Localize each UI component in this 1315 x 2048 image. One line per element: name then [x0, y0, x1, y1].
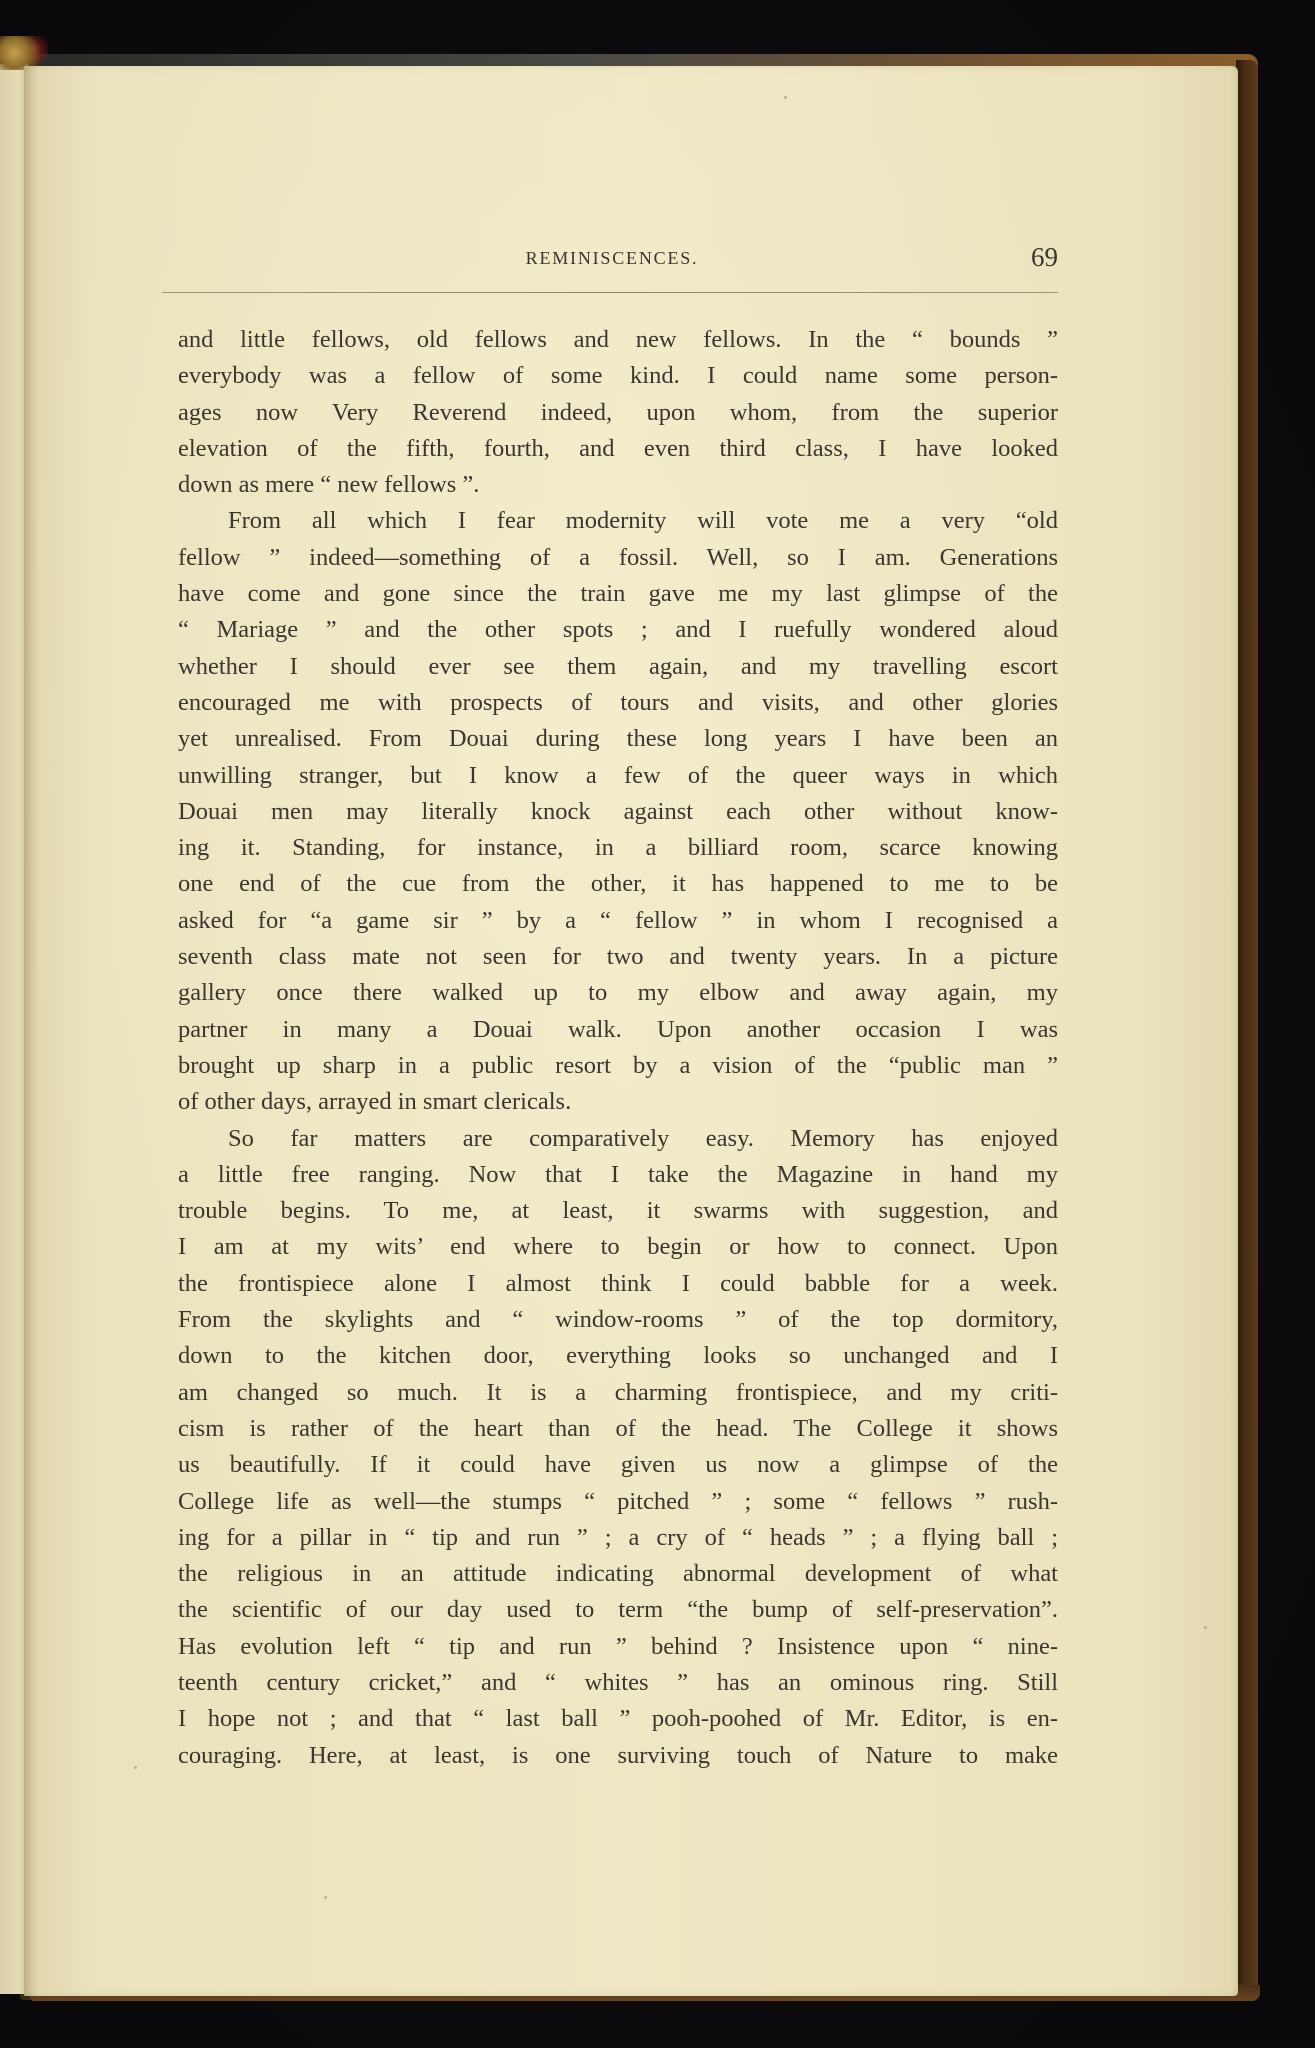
text-line: yet unrealised. From Douai during these …	[178, 721, 1058, 757]
gutter-shadow	[24, 66, 38, 1996]
paper-speck	[784, 96, 787, 99]
text-line: gallery once there walked up to my elbow…	[178, 975, 1058, 1011]
text-line: So far matters are comparatively easy. M…	[178, 1121, 1058, 1157]
text-line: Douai men may literally knock against ea…	[178, 794, 1058, 830]
body-text: and little fellows, old fellows and new …	[178, 322, 1058, 1774]
text-line: whether I should ever see them again, an…	[178, 649, 1058, 685]
text-line: unwilling stranger, but I know a few of …	[178, 758, 1058, 794]
text-line: ing it. Standing, for instance, in a bil…	[178, 830, 1058, 866]
text-line: partner in many a Douai walk. Upon anoth…	[178, 1012, 1058, 1048]
text-line: the scientific of our day used to term “…	[178, 1592, 1058, 1628]
text-line: seventh class mate not seen for two and …	[178, 939, 1058, 975]
text-line: us beautifully. If it could have given u…	[178, 1447, 1058, 1483]
book-cover-right-edge	[1236, 60, 1258, 2000]
text-line: one end of the cue from the other, it ha…	[178, 866, 1058, 902]
page-number: 69	[1031, 242, 1058, 273]
paragraph: So far matters are comparatively easy. M…	[178, 1121, 1058, 1774]
text-line: couraging. Here, at least, is one surviv…	[178, 1738, 1058, 1774]
text-line: the religious in an attitude indicating …	[178, 1556, 1058, 1592]
text-line: asked for “a game sir ” by a “ fellow ” …	[178, 903, 1058, 939]
text-line: a little free ranging. Now that I take t…	[178, 1157, 1058, 1193]
text-line: am changed so much. It is a charming fro…	[178, 1375, 1058, 1411]
text-line: brought up sharp in a public resort by a…	[178, 1048, 1058, 1084]
text-line: elevation of the fifth, fourth, and even…	[178, 431, 1058, 467]
text-line: ing for a pillar in “ tip and run ” ; a …	[178, 1520, 1058, 1556]
text-line: ages now Very Reverend indeed, upon whom…	[178, 395, 1058, 431]
paragraph: and little fellows, old fellows and new …	[178, 322, 1058, 503]
paragraph: From all which I fear modernity will vot…	[178, 503, 1058, 1120]
text-line: “ Mariage ” and the other spots ; and I …	[178, 612, 1058, 648]
text-line: teenth century cricket,” and “ whites ” …	[178, 1665, 1058, 1701]
text-line: From all which I fear modernity will vot…	[178, 503, 1058, 539]
text-line: of other days, arrayed in smart clerical…	[178, 1084, 1058, 1120]
text-line: From the skylights and “ window-rooms ” …	[178, 1302, 1058, 1338]
text-line: the frontispiece alone I almost think I …	[178, 1266, 1058, 1302]
text-line: and little fellows, old fellows and new …	[178, 322, 1058, 358]
text-line: I am at my wits’ end where to begin or h…	[178, 1229, 1058, 1265]
text-line: trouble begins. To me, at least, it swar…	[178, 1193, 1058, 1229]
text-line: I hope not ; and that “ last ball ” pooh…	[178, 1701, 1058, 1737]
text-line: down as mere “ new fellows ”.	[178, 467, 1058, 503]
text-line: fellow ” indeed—something of a fossil. W…	[178, 540, 1058, 576]
text-line: everybody was a fellow of some kind. I c…	[178, 358, 1058, 394]
text-line: Has evolution left “ tip and run ” behin…	[178, 1629, 1058, 1665]
frayed-thread	[0, 36, 48, 70]
book-scan: REMINISCENCES. 69 and little fellows, ol…	[0, 0, 1315, 2048]
paper-speck	[1204, 1626, 1207, 1629]
text-line: College life as well—the stumps “ pitche…	[178, 1484, 1058, 1520]
paper-speck	[134, 1766, 137, 1769]
running-head: REMINISCENCES. 69	[162, 242, 1062, 282]
text-line: encouraged me with prospects of tours an…	[178, 685, 1058, 721]
text-line: have come and gone since the train gave …	[178, 576, 1058, 612]
paper-speck	[324, 1896, 327, 1899]
header-rule	[162, 292, 1058, 293]
text-line: cism is rather of the heart than of the …	[178, 1411, 1058, 1447]
text-line: down to the kitchen door, everything loo…	[178, 1338, 1058, 1374]
running-title: REMINISCENCES.	[162, 248, 1062, 269]
